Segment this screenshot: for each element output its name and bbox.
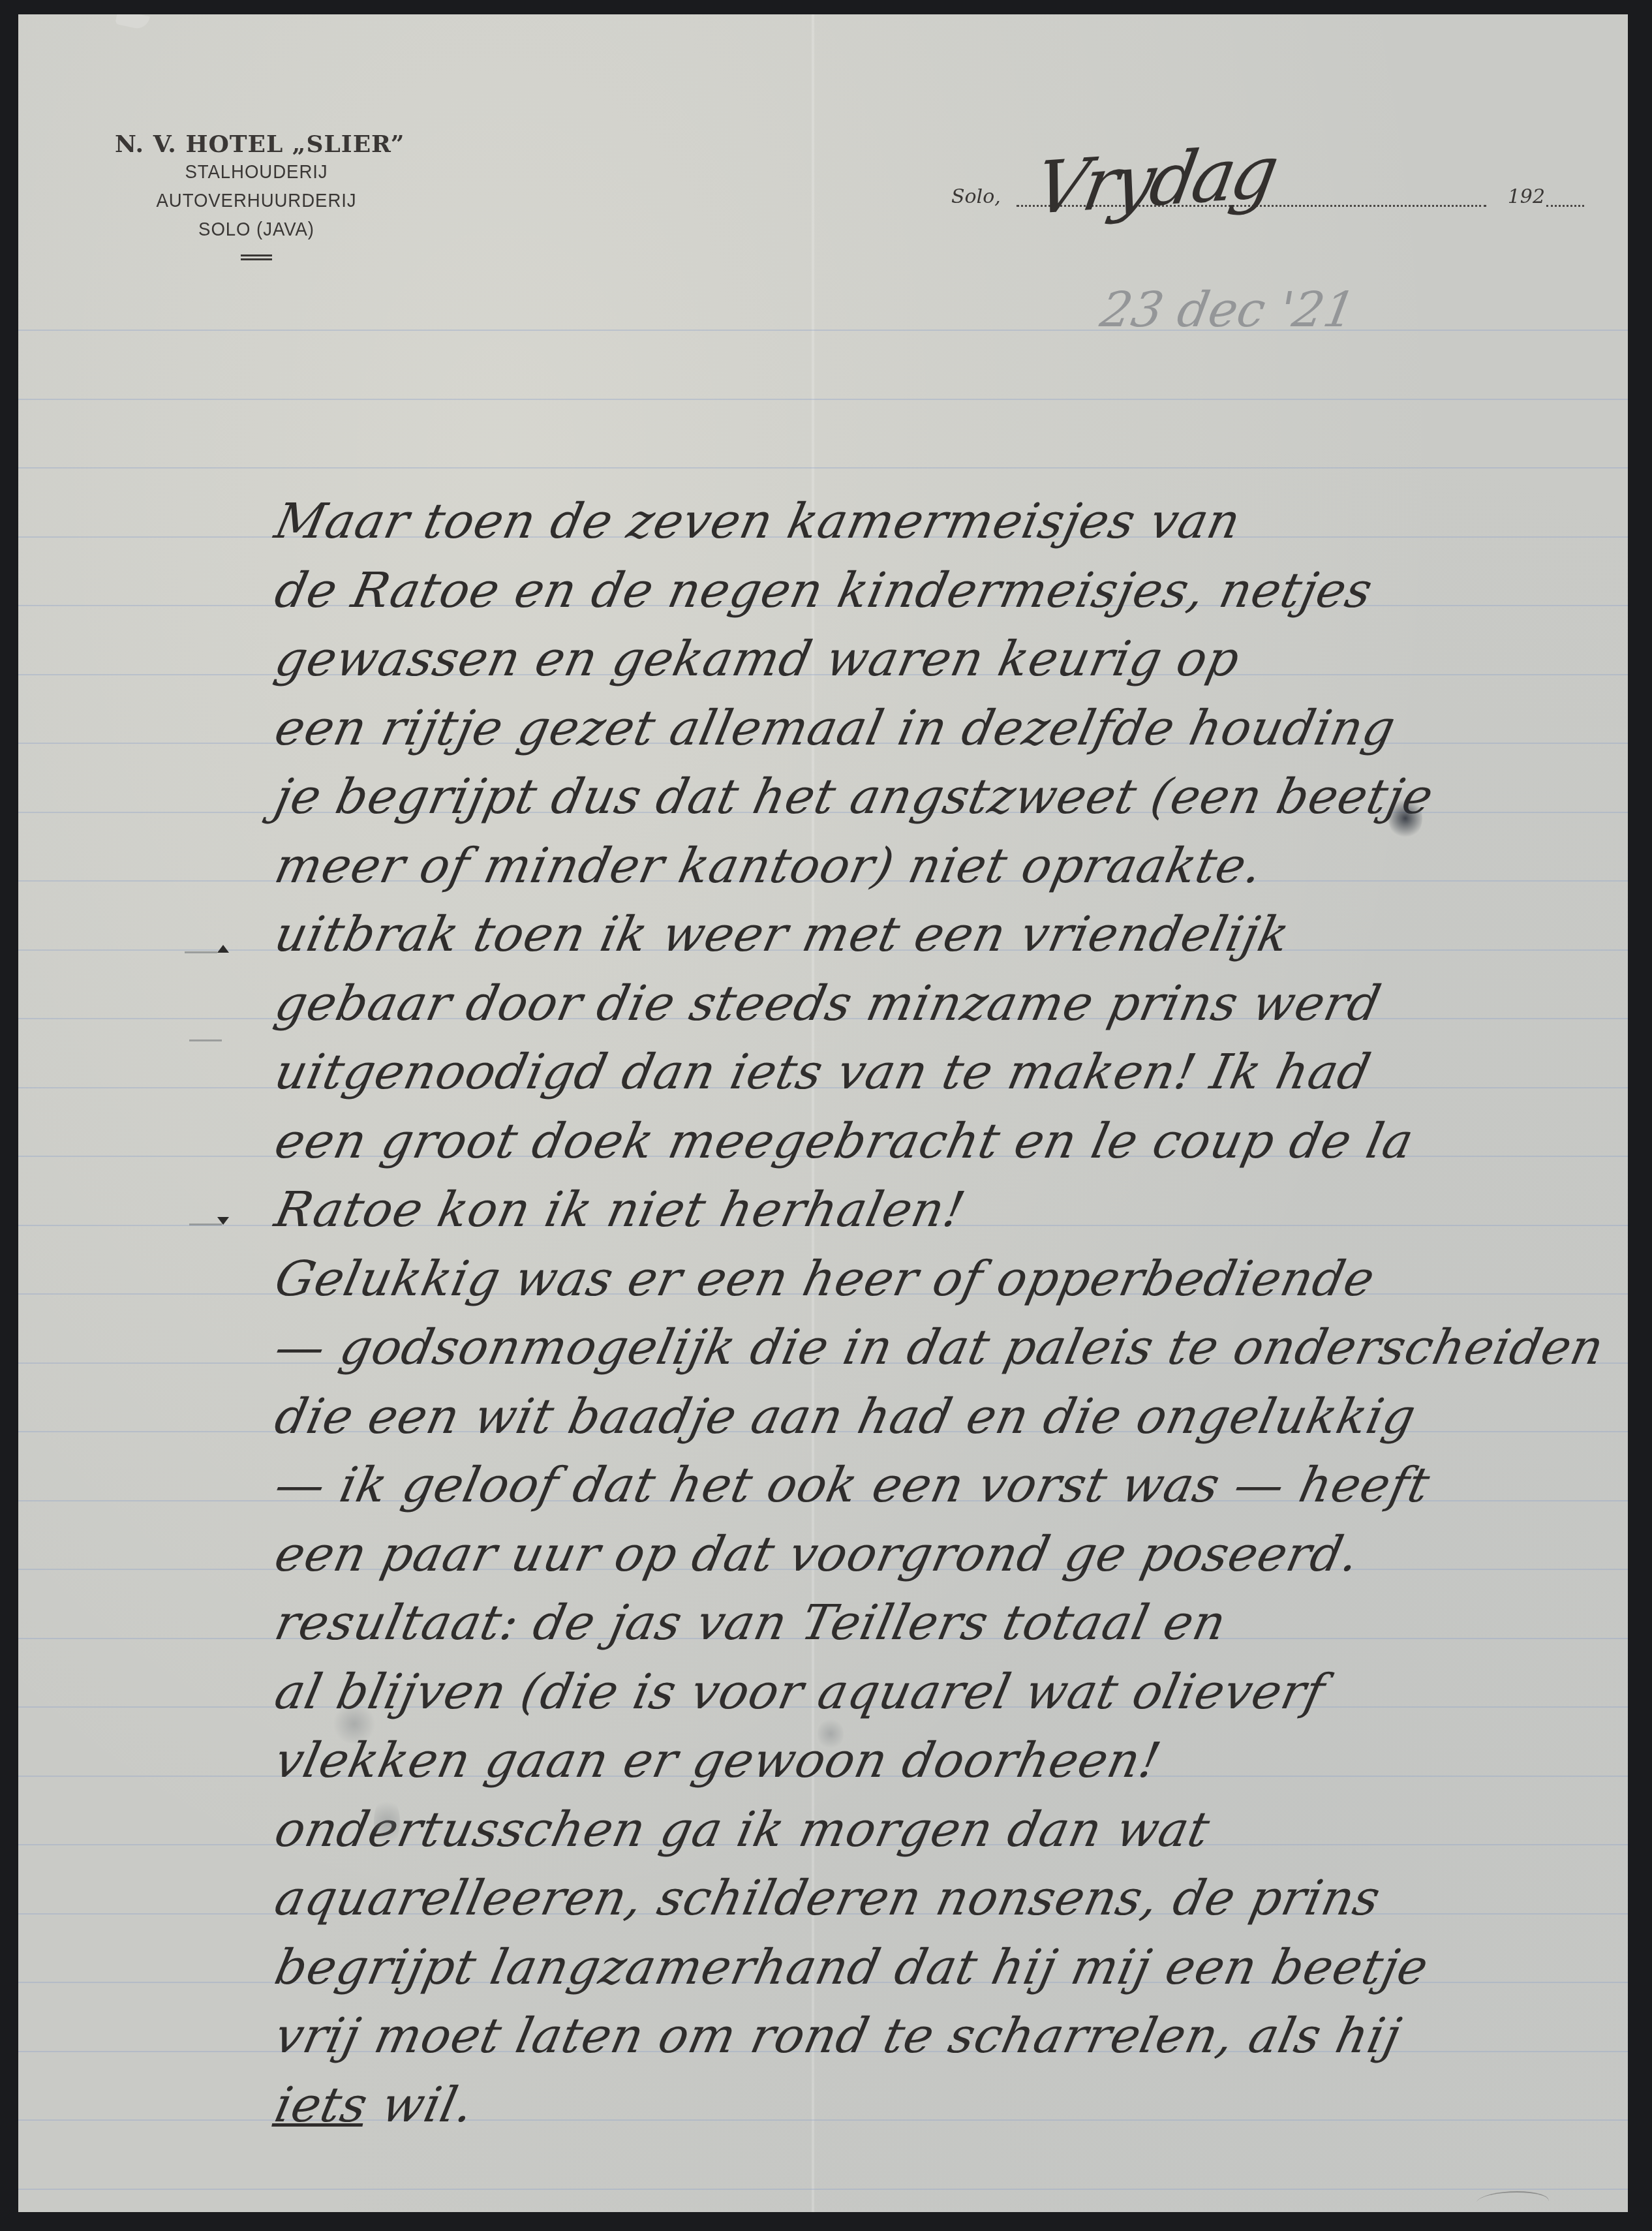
handwritten-line: een groot doek meegebracht en le coup de… (269, 1107, 1614, 1177)
handwritten-line: — godsonmogelijk die in dat paleis te on… (269, 1314, 1614, 1383)
letterhead-line: STALHOUDERIJ (127, 158, 386, 187)
handwritten-line: — ik geloof dat het ook een vorst was — … (269, 1451, 1614, 1520)
letter-body: Maar toen de zeven kamermeisjes van de R… (276, 487, 1607, 2140)
ink-smudge (331, 1704, 377, 1744)
handwritten-line: vrij moet laten om rond te scharrelen, a… (269, 2002, 1614, 2071)
letterhead: N. V. HOTEL „SLIER” STALHOUDERIJ AUTOVER… (116, 131, 397, 260)
handwritten-line: ondertusschen ga ik morgen dan wat (269, 1796, 1614, 1865)
handwritten-line: Gelukkig was er een heer of opperbediend… (269, 1245, 1614, 1314)
ruled-line (18, 330, 1628, 331)
letterhead-double-rule (241, 254, 272, 260)
handwritten-line-last: iets wil. (269, 2071, 1614, 2140)
handwritten-line: begrijpt langzamerhand dat hij mij een b… (269, 1933, 1614, 2003)
handwritten-line: Maar toen de zeven kamermeisjes van (269, 487, 1614, 557)
handwritten-line: vlekken gaan er gewoon doorheen! (269, 1727, 1614, 1796)
handwritten-day: Vrydag (1029, 129, 1281, 230)
handwritten-line: aquarelleeren, schilderen nonsens, de pr… (269, 1864, 1614, 1933)
letterhead-title: N. V. HOTEL „SLIER” (115, 131, 397, 158)
handwritten-line: een paar uur op dat voorgrond ge poseerd… (269, 1520, 1614, 1590)
letter-paper: N. V. HOTEL „SLIER” STALHOUDERIJ AUTOVER… (18, 14, 1628, 2212)
handwritten-line: gewassen en gekamd waren keurig op (269, 625, 1614, 694)
handwritten-line-tail: wil. (377, 2077, 479, 2133)
handwritten-line: Ratoe kon ik niet herhalen! (269, 1176, 1614, 1245)
margin-mark (185, 951, 217, 953)
handwritten-line: resultaat: de jas van Teillers totaal en (269, 1589, 1614, 1658)
dateline-year-dots (1546, 205, 1584, 207)
handwritten-line: die een wit baadje aan had en die ongelu… (269, 1383, 1614, 1452)
letterhead-line: SOLO (JAVA) (127, 215, 386, 244)
dateline-place: Solo, (951, 185, 1001, 208)
dateline-year: 192 (1508, 185, 1545, 208)
punch-mark (217, 1217, 229, 1225)
handwritten-line: uitbrak toen ik weer met een vriendelijk (269, 900, 1614, 970)
handwritten-line: gebaar door die steeds minzame prins wer… (269, 970, 1614, 1039)
ink-smudge (374, 1796, 400, 1848)
punch-mark (217, 945, 229, 953)
handwritten-line: uitgenoodigd dan iets van te maken! Ik h… (269, 1038, 1614, 1107)
letterhead-line: AUTOVERHUURDERIJ (127, 187, 386, 215)
ruled-line (18, 2189, 1628, 2190)
handwritten-line: al blijven (die is voor aquarel wat olie… (269, 1658, 1614, 1727)
ruled-line (18, 399, 1628, 400)
ink-blot (1388, 797, 1422, 839)
handwritten-line: meer of minder kantoor) niet opraakte. (269, 832, 1614, 901)
pencil-date-annotation: 23 dec '21 (1096, 282, 1359, 338)
handwritten-line: de Ratoe en de negen kindermeisjes, netj… (269, 557, 1614, 626)
underlined-word: iets (270, 2077, 373, 2133)
ink-smudge (818, 1717, 844, 1750)
handwritten-line: een rijtje gezet allemaal in dezelfde ho… (269, 694, 1614, 763)
ruled-line (18, 467, 1628, 469)
margin-mark (189, 1039, 222, 1041)
